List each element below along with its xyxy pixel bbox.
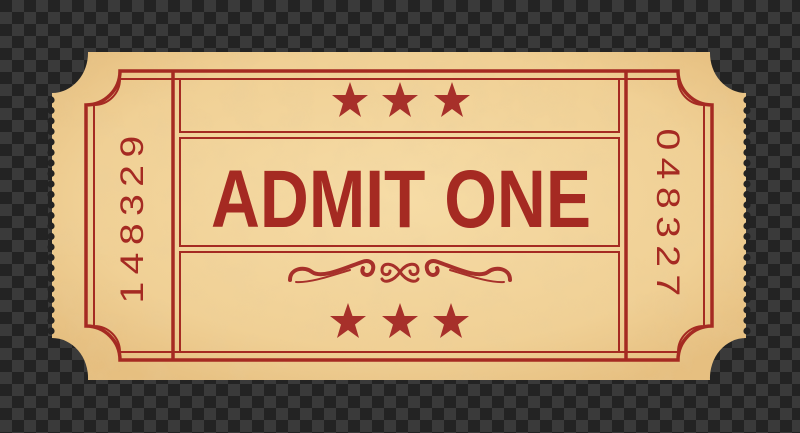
serial-number-right: 048327 — [650, 129, 686, 304]
perforated-edge-right — [743, 96, 750, 334]
serial-number-left: 148329 — [114, 129, 150, 304]
admit-one-ticket: ADMIT ONE 148329 048327 — [0, 0, 800, 433]
admit-one-headline: ADMIT ONE — [211, 154, 591, 245]
perforated-edge-left — [47, 96, 54, 334]
